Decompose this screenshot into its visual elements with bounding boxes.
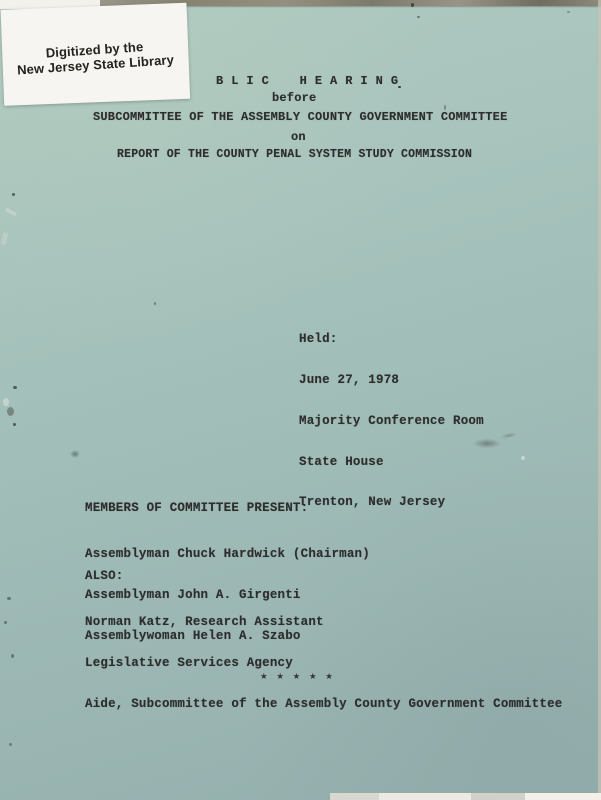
- paper-speck: [7, 597, 11, 600]
- paper-scratch: [5, 207, 17, 216]
- hearing-title: B L I C H E A R I N G: [216, 75, 398, 87]
- also-line: Aide, Subcommittee of the Assembly Count…: [85, 698, 562, 712]
- report-line: REPORT OF THE COUNTY PENAL SYSTEM STUDY …: [117, 149, 472, 161]
- members-heading: MEMBERS OF COMMITTEE PRESENT:: [85, 502, 308, 516]
- also-line: Norman Katz, Research Assistant: [85, 616, 562, 630]
- paper-scratch: [1, 232, 9, 246]
- scanned-cover-page: Digitized by the New Jersey State Librar…: [0, 0, 601, 800]
- paper-stain: [498, 430, 521, 441]
- digitized-sticker: Digitized by the New Jersey State Librar…: [1, 3, 191, 106]
- paper-stain: [70, 450, 80, 458]
- held-label: Held:: [299, 333, 484, 347]
- paper-speck: [12, 193, 15, 196]
- also-heading: ALSO:: [85, 570, 124, 584]
- on-label: on: [291, 131, 306, 143]
- paper-scratch: [3, 398, 9, 406]
- held-block: Held: June 27, 1978 Majority Conference …: [299, 306, 484, 537]
- also-line: Legislative Services Agency: [85, 657, 562, 671]
- paper-speck: [521, 456, 525, 460]
- also-list: Norman Katz, Research Assistant Legislat…: [85, 589, 562, 739]
- held-line-date: June 27, 1978: [299, 374, 484, 388]
- member-name: Assemblyman Chuck Hardwick (Chairman): [85, 548, 370, 562]
- sticker-text: Digitized by the New Jersey State Librar…: [16, 37, 175, 77]
- paper-speck: [11, 654, 14, 658]
- subcommittee-line: SUBCOMMITTEE OF THE ASSEMBLY COUNTY GOVE…: [93, 111, 507, 123]
- paper-speck: [7, 407, 14, 416]
- held-line-city: Trenton, New Jersey: [299, 496, 484, 510]
- stars-separator: ★ ★ ★ ★ ★: [260, 672, 335, 682]
- paper-speck: [398, 86, 401, 88]
- before-label: before: [272, 92, 316, 104]
- paper-speck: [4, 621, 7, 624]
- paper-speck: [417, 16, 420, 18]
- paper-speck: [154, 302, 156, 305]
- paper-speck: [13, 386, 17, 389]
- paper-speck: [567, 11, 570, 13]
- paper-speck: [411, 3, 414, 7]
- paper-speck: [13, 423, 16, 426]
- paper-speck: [444, 105, 446, 110]
- held-line-building: State House: [299, 456, 484, 470]
- page-bottom-edge: [330, 793, 601, 800]
- held-line-room: Majority Conference Room: [299, 415, 484, 429]
- paper-speck: [9, 743, 12, 746]
